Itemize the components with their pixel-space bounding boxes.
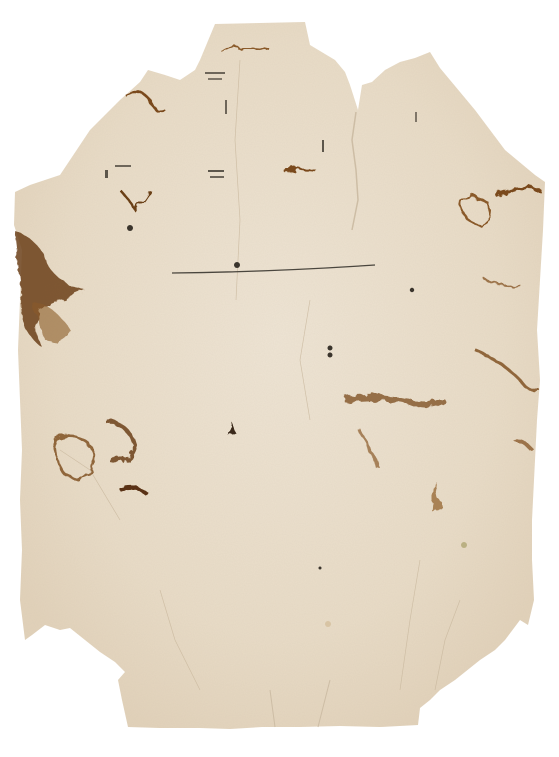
parchment-photo (0, 0, 559, 757)
spot (325, 621, 331, 627)
